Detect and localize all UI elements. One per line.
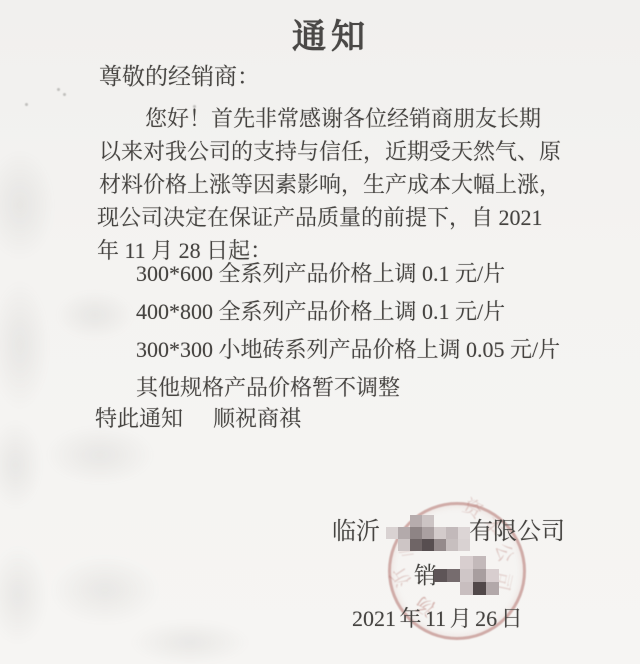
mosaic-cell	[460, 582, 473, 595]
mosaic-cell	[434, 527, 446, 539]
scanned-notice-document: 资本公司汤沂临 通知 尊敬的经销商： 您好！首先非常感谢各位经销商朋友长期 以来…	[0, 0, 640, 664]
mosaic-cell	[398, 539, 410, 551]
price-item: 400*800 全系列产品价格上调 0.1 元/片	[136, 299, 505, 324]
price-item: 300*300 小地砖系列产品价格上调 0.05 元/片	[136, 337, 560, 362]
mosaic-cell	[486, 569, 499, 582]
notice-title: 通知	[0, 18, 640, 57]
salutation-line: 尊敬的经销商：	[99, 64, 260, 90]
mosaic-cell	[398, 527, 410, 539]
mosaic-cell	[446, 527, 458, 539]
mosaic-cell	[460, 569, 473, 582]
mosaic-cell	[410, 539, 422, 551]
body-line: 年 11 月 28 日起：	[97, 238, 272, 263]
mosaic-cell	[473, 556, 486, 569]
company-name-suffix: 有限公司	[469, 519, 565, 547]
mosaic-cell	[422, 527, 434, 539]
mosaic-cell	[458, 539, 470, 551]
document-text-layer: 通知 尊敬的经销商： 您好！首先非常感谢各位经销商朋友长期 以来对我公司的支持与…	[0, 0, 640, 664]
body-line: 以来对我公司的支持与信任，近期受天然气、原	[99, 139, 561, 164]
mosaic-cell	[473, 582, 486, 595]
price-item: 300*600 全系列产品价格上调 0.1 元/片	[136, 261, 505, 286]
mosaic-cell	[386, 527, 398, 539]
mosaic-cell	[458, 527, 470, 539]
mosaic-cell	[410, 515, 422, 527]
mosaic-cell	[422, 539, 434, 551]
mosaic-cell	[434, 569, 447, 582]
mosaic-cell	[446, 539, 458, 551]
company-name-prefix: 临沂	[332, 519, 380, 547]
closing-right: 顺祝商祺	[213, 406, 301, 431]
body-line: 现公司决定在保证产品质量的前提下，自 2021	[97, 205, 543, 230]
mosaic-cell	[410, 527, 422, 539]
date-line: 2021 年 11 月 26 日	[352, 606, 523, 631]
closing-line: 特此通知顺祝商祺	[95, 406, 301, 431]
mosaic-cell	[447, 569, 460, 582]
mosaic-cell	[434, 539, 446, 551]
mosaic-cell	[473, 569, 486, 582]
price-item: 其他规格产品价格暂不调整	[136, 375, 400, 400]
body-line: 您好！首先非常感谢各位经销商朋友长期	[145, 106, 541, 131]
mosaic-cell	[486, 582, 499, 595]
mosaic-cell	[422, 515, 434, 527]
closing-left: 特此通知	[95, 406, 183, 431]
mosaic-cell	[460, 556, 473, 569]
body-line: 材料价格上涨等因素影响，生产成本大幅上涨，	[99, 172, 561, 197]
